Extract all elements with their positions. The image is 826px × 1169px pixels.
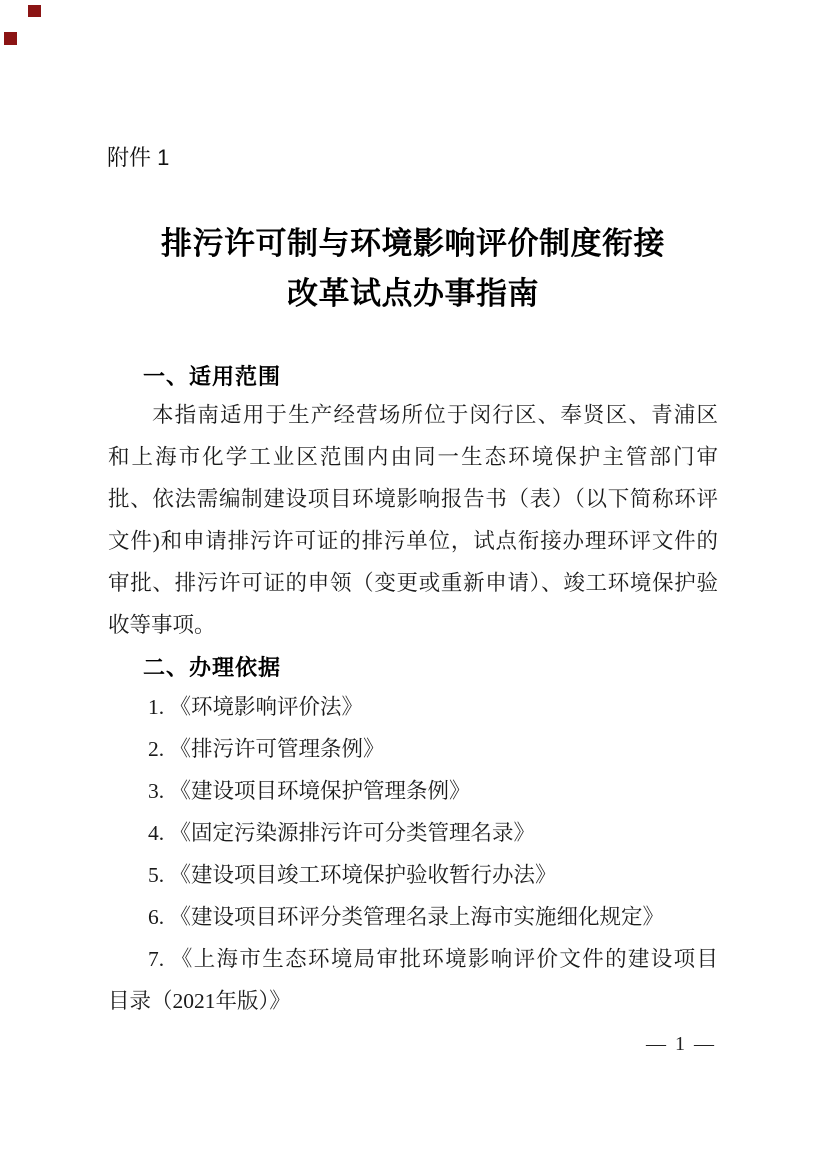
document-title-line1: 排污许可制与环境影响评价制度衔接 (0, 219, 826, 269)
paragraph-line: 本指南适用于生产经营场所位于闵行区、奉贤区、青浦区 (108, 394, 718, 436)
paragraph-line: 审批、排污许可证的申领（变更或重新申请）、竣工环境保护验 (108, 562, 718, 604)
list-item: 1. 《环境影响评价法》 (108, 686, 718, 728)
paragraph-line: 文件)和申请排污许可证的排污单位，试点衔接办理环评文件的 (108, 520, 718, 562)
list-item: 3. 《建设项目环境保护管理条例》 (108, 770, 718, 812)
document-title: 排污许可制与环境影响评价制度衔接 改革试点办事指南 (0, 219, 826, 319)
corner-red-mark-icon (4, 32, 17, 45)
list-item: 6. 《建设项目环评分类管理名录上海市实施细化规定》 (108, 896, 718, 938)
section-heading-scope: 一、适用范围 (143, 362, 281, 392)
paragraph-line: 批、依法需编制建设项目环境影响报告书（表）（以下简称环评 (108, 478, 718, 520)
list-item: 5. 《建设项目竣工环境保护验收暂行办法》 (108, 854, 718, 896)
scope-paragraph: 本指南适用于生产经营场所位于闵行区、奉贤区、青浦区 和上海市化学工业区范围内由同… (108, 394, 718, 646)
document-title-line2: 改革试点办事指南 (0, 269, 826, 319)
list-item-wrap-line: 目录（2021年版）》 (108, 980, 718, 1022)
document-page: 附件 1 排污许可制与环境影响评价制度衔接 改革试点办事指南 一、适用范围 本指… (0, 0, 826, 1169)
page-number: — 1 — (646, 1032, 716, 1056)
paragraph-line: 收等事项。 (108, 604, 718, 646)
list-item: 2. 《排污许可管理条例》 (108, 728, 718, 770)
paragraph-line: 和上海市化学工业区范围内由同一生态环境保护主管部门审 (108, 436, 718, 478)
section-heading-basis: 二、办理依据 (143, 653, 281, 683)
corner-red-mark-icon (28, 5, 41, 17)
list-item: 7. 《上海市生态环境局审批环境影响评价文件的建设项目 (108, 938, 718, 980)
legal-basis-list: 1. 《环境影响评价法》 2. 《排污许可管理条例》 3. 《建设项目环境保护管… (108, 686, 718, 1022)
attachment-label: 附件 1 (107, 146, 169, 170)
list-item: 4. 《固定污染源排污许可分类管理名录》 (108, 812, 718, 854)
